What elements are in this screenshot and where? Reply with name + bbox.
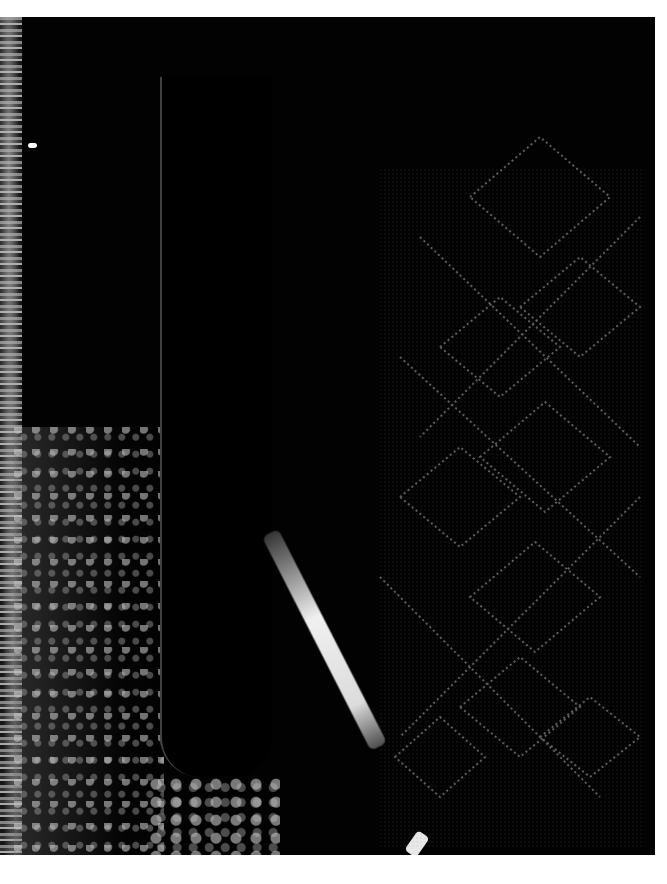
photograph xyxy=(0,17,655,855)
diamond-lattice-pattern xyxy=(0,17,655,855)
